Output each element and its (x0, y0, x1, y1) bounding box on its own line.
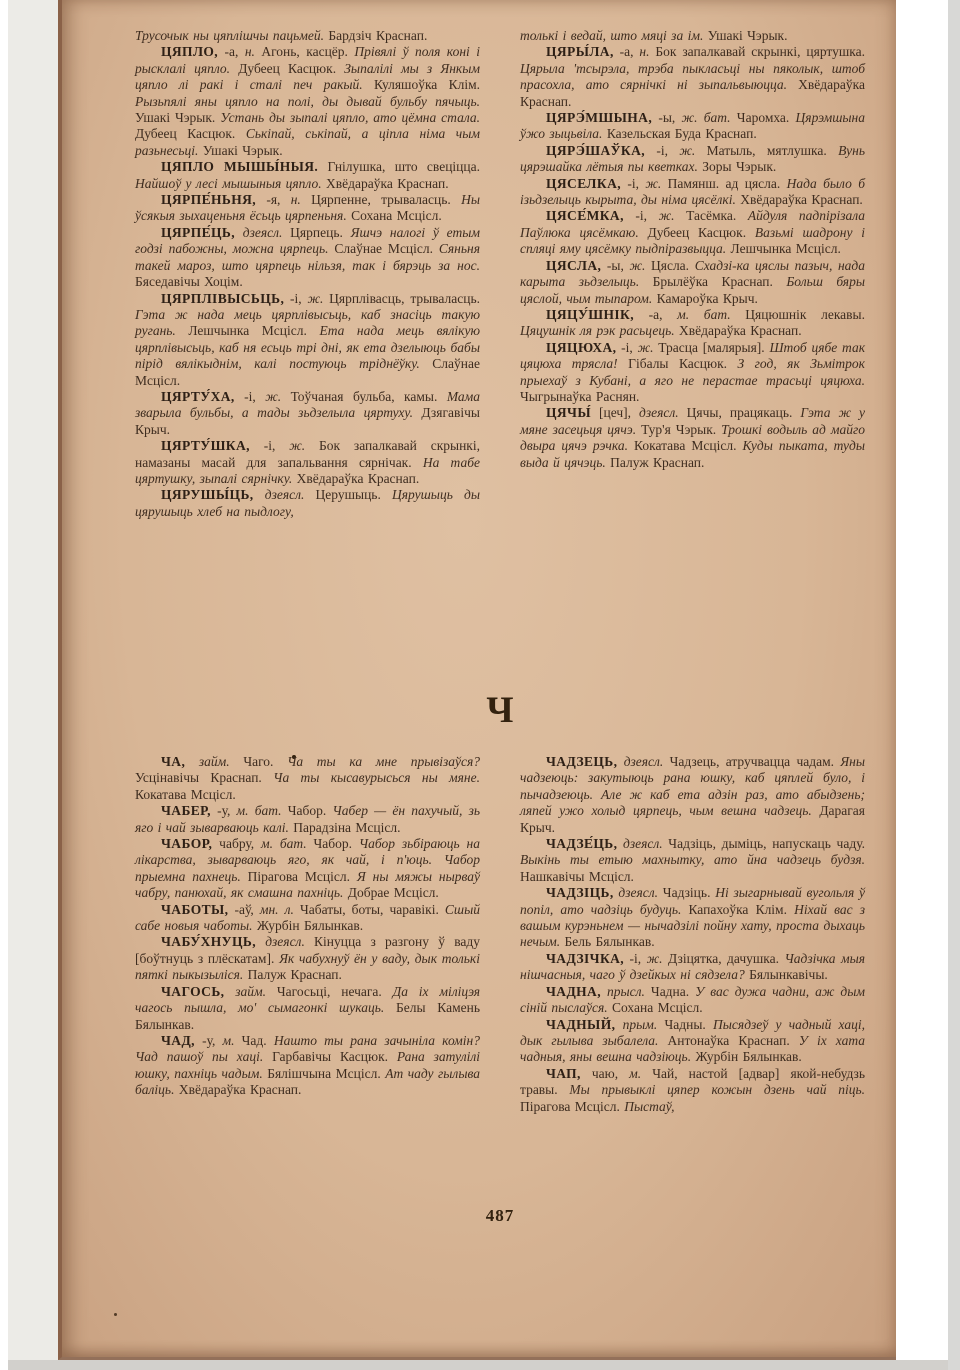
example-or-label: дзеясл. (254, 487, 305, 502)
example-or-label: Трусочык ны цяплішчы пацьмей. (135, 28, 328, 43)
dictionary-entry: ЧА, займ. Чаго. Ча ты ка мне прывізаўся?… (135, 754, 480, 803)
definition-text: -аў, (228, 902, 259, 917)
example-or-label: дзеясл. (235, 225, 282, 240)
example-or-label: м. бат. (261, 836, 307, 851)
scanner-margin-bottom (8, 1360, 948, 1370)
ink-speck (114, 1313, 117, 1316)
dictionary-entry: ЧАДЗІЦЬ, дзеясл. Чадзіць. Ні зыгарнывай … (520, 885, 865, 951)
definition-text: Цячы, працякаць. (679, 405, 801, 420)
definition-text: Чабор. (282, 803, 333, 818)
dictionary-entry: ЦЯРПЕ́НЬНЯ, -я, н. Цярпенне, трываласць.… (135, 192, 480, 225)
definition-text: Усцінавічы Краснап. (135, 770, 273, 785)
headword: ЦЯРПЕ́ЦЬ, (161, 225, 235, 240)
example-or-label: м. (629, 1066, 641, 1081)
dictionary-entry: ЦЯРТУ́ШКА, -і, ж. Бок запалкавай скрынкі… (135, 438, 480, 487)
headword: ЦЯРТУ́ШКА, (161, 438, 250, 453)
definition-text: Ушакі Чэрык. (203, 143, 283, 158)
example-or-label: Цяцушнік ля рэк расьцець. (520, 323, 679, 338)
dictionary-entry: Трусочык ны цяплішчы пацьмей. Бардзіч Кр… (135, 28, 480, 44)
dictionary-entry: ЦЯРТУ́ХА, -і, ж. Тоўчаная бульба, камы. … (135, 389, 480, 438)
definition-text: Чыгрынаўка Раснян. (520, 389, 639, 404)
definition-text: -у, (211, 803, 237, 818)
headword: ЦЯРЫ́ЛА, (546, 44, 614, 59)
dictionary-entry: ЦЯЦЮХА, -і, ж. Трасца [малярыя]. Штоб ця… (520, 340, 865, 406)
definition-text: Ушакі Чэрык. (708, 28, 788, 43)
example-or-label: дзеясл. (639, 405, 679, 420)
definition-text: Пірагова Мсцісл. (520, 1099, 624, 1114)
section-letter-header: Ч (135, 692, 865, 729)
example-or-label: дзеясл. (256, 934, 305, 949)
headword: ЧАБЕР, (161, 803, 211, 818)
example-or-label: дзеясл. (617, 754, 663, 769)
definition-text: Куляшоўка Клім. (374, 77, 480, 92)
dictionary-entry: ЧАДЗІЧКА, -і, ж. Дзіцятка, дачушка. Чадз… (520, 951, 865, 984)
example-or-label: Ча ты кысавурысься ны мяне. (273, 770, 480, 785)
definition-text: Палуж Краснап. (610, 455, 704, 470)
headword: ЧАБОР, (161, 836, 212, 851)
definition-text: Брылёўка Краснап. (653, 274, 787, 289)
dictionary-entry: ЧАБОТЫ, -аў, мн. л. Чабаты, боты, чараві… (135, 902, 480, 935)
definition-text: Пірагова Мсцісл. (248, 869, 357, 884)
definition-text: Хвёдараўка Краснап. (679, 323, 802, 338)
definition-text: -і, (284, 291, 307, 306)
headword: ЧАГОСЬ, (161, 984, 224, 999)
example-or-label: толькі і ведай, што мяці за ім. (520, 28, 708, 43)
headword: ЦЯРТУ́ХА, (161, 389, 235, 404)
dictionary-entry: ЦЯЦУ́ШНІК, -а, м. бат. Цяцюшнік лекавы. … (520, 307, 865, 340)
example-or-label: м. бат. (237, 803, 282, 818)
example-or-label: н. (291, 192, 301, 207)
headword: ЦЯЧЫ́ (546, 405, 591, 420)
headword: ЦЯСЕЛКА, (546, 176, 621, 191)
definition-text: -я, (256, 192, 291, 207)
dictionary-entry: ЦЯРУШЫ́ЦЬ, дзеясл. Церушыць. Цярушыць ды… (135, 487, 480, 520)
dictionary-entry: ЧАДЗЕ́ЦЬ, дзеясл. Чадзіць, дыміць, напус… (520, 836, 865, 885)
example-or-label: Ча ты ка мне прывізаўся? (287, 754, 480, 769)
dictionary-entry: ЦЯРЫ́ЛА, -а, н. Бок запалкавай скрынкі, … (520, 44, 865, 110)
definition-text: Казельская Буда Краснап. (607, 126, 757, 141)
dictionary-entry: ЧАДЗЕЦЬ, дзеясл. Чадзець, атручвацца чад… (520, 754, 865, 836)
example-or-label: ж. (647, 951, 663, 966)
definition-text: Дубеец Касцюк. (648, 225, 755, 240)
dictionary-entry: ЦЯСЕЛКА, -і, ж. Памянш. ад цясла. Нада б… (520, 176, 865, 209)
dictionary-entry: ЦЯРЭ́ШАЎКА, -і, ж. Матыль, мятлушка. Вун… (520, 143, 865, 176)
dictionary-entry: ЦЯСЛА, -ы, ж. Цясла. Схадзі-ка цяслы паз… (520, 258, 865, 307)
headword: ЧА, (161, 754, 185, 769)
definition-text: Чад. (235, 1033, 274, 1048)
example-or-label: ж. (265, 389, 281, 404)
example-or-label: ж. (679, 143, 695, 158)
example-or-label: ж. (307, 291, 323, 306)
definition-text: Палуж Краснап. (248, 967, 342, 982)
example-or-label: н. (639, 44, 649, 59)
example-or-label: Выкінь ты етыю махнытку, ато йна чадзець… (520, 852, 865, 867)
definition-text: Матыль, мятлушка. (695, 143, 838, 158)
example-or-label: м. (223, 1033, 235, 1048)
definition-text: Церушыць. (304, 487, 392, 502)
example-or-label: прысл. (601, 984, 645, 999)
definition-text: -ы, (601, 258, 629, 273)
headword: ЦЯПЛО МЫШЫ́НЫЯ. (161, 159, 318, 174)
definition-text: Чабор. (307, 836, 359, 851)
definition-text: Гнілушка, што свеціцца. (318, 159, 480, 174)
definition-text: Чадны. (657, 1017, 713, 1032)
definition-text: Журбін Бялынкав. (695, 1049, 801, 1064)
example-or-label: ж. (629, 258, 645, 273)
definition-text: Бяседавічы Хоцім. (135, 274, 243, 289)
dictionary-entry: ЧАП, чаю, м. Чай, настой [адвар] якой-не… (520, 1066, 865, 1115)
definition-text: -і, (624, 208, 659, 223)
definition-text: Бялішчына Мсцісл. (267, 1066, 385, 1081)
headword: ЦЯЦЮХА, (546, 340, 616, 355)
definition-text: Тасёмка. (675, 208, 748, 223)
definition-text: Нашкавічы Мсцісл. (520, 869, 634, 884)
dictionary-entry: ЧАД, -у, м. Чад. Нашто ты рана зачыніла … (135, 1033, 480, 1099)
headword: ЧАП, (546, 1066, 581, 1081)
text-column-bottom-left: ЧА, займ. Чаго. Ча ты ка мне прывізаўся?… (135, 754, 480, 1115)
example-or-label: н. (245, 44, 255, 59)
definition-text: Слаўнае Мсцісл. (334, 241, 439, 256)
definition-text: Цясла. (645, 258, 694, 273)
definition-text: Чагосьці, нечага. (266, 984, 393, 999)
headword: ЧАДНЫЙ, (546, 1017, 615, 1032)
example-or-label: займ. (224, 984, 266, 999)
dictionary-entry: ЧАГОСЬ, займ. Чагосьці, нечага. Да іх мі… (135, 984, 480, 1033)
definition-text: Чаромха. (731, 110, 796, 125)
definition-text: Гібалы Касцюк. (628, 356, 737, 371)
definition-text: Хвёдараўка Краснап. (740, 192, 863, 207)
headword: ЦЯРПЕ́НЬНЯ, (161, 192, 256, 207)
definition-text: Дзіцятка, дачушка. (663, 951, 785, 966)
definition-text: Чадзець, атручвацца чадам. (663, 754, 840, 769)
dictionary-entry: ЧАБЕР, -у, м. бат. Чабор. Чабер — ён пах… (135, 803, 480, 836)
definition-text: Дубеец Касцюк. (238, 61, 344, 76)
example-or-label: Мы прывыклі цяпер кожын дзень чай піць. (569, 1082, 865, 1097)
headword: ЦЯПЛО, (161, 44, 218, 59)
definition-text: -і, (645, 143, 679, 158)
example-or-label: ж. (289, 438, 305, 453)
headword: ЦЯСЕ́МКА, (546, 208, 624, 223)
headword: ЦЯРЭ́ШАЎКА, (546, 143, 645, 158)
example-or-label: дзеясл. (617, 836, 662, 851)
example-or-label: займ. (185, 754, 229, 769)
dictionary-entry: ЦЯСЕ́МКА, -і, ж. Тасёмка. Айдуля падпірі… (520, 208, 865, 257)
example-or-label: ж. (645, 176, 661, 191)
definition-text: Парадзіна Мсцісл. (293, 820, 400, 835)
example-or-label: мн. л. (260, 902, 294, 917)
headword: ЧАДЗІЧКА, (546, 951, 624, 966)
definition-text: чабру, (212, 836, 261, 851)
definition-text: Чадна. (645, 984, 695, 999)
section-letter-c: Трусочык ны цяплішчы пацьмей. Бардзіч Кр… (135, 28, 865, 520)
definition-text: Хвёдараўка Краснап. (297, 471, 420, 486)
headword: ЧАБУ́ХНУЦЬ, (161, 934, 256, 949)
example-or-label: дзеясл. (614, 885, 658, 900)
definition-text: -а, (634, 307, 677, 322)
dictionary-entry: ЦЯЧЫ́ [цеч], дзеясл. Цячы, працякаць. Гэ… (520, 405, 865, 471)
example-or-label: ж. (638, 340, 654, 355)
definition-text: Агонь, касцёр. (255, 44, 354, 59)
definition-text: Кокатава Мсцісл. (135, 787, 236, 802)
definition-text: Антонаўка Краснап. (667, 1033, 798, 1048)
definition-text: [цеч], (591, 405, 639, 420)
dictionary-entry: ЧАДНЫЙ, прым. Чадны. Пысядзеў у чадный х… (520, 1017, 865, 1066)
definition-text: Чадзіць. (658, 885, 715, 900)
text-column-top-right: толькі і ведай, што мяці за ім. Ушакі Чэ… (520, 28, 865, 520)
text-column-top-left: Трусочык ны цяплішчы пацьмей. Бардзіч Кр… (135, 28, 480, 520)
definition-text: Цярпець. (282, 225, 350, 240)
definition-text: Чаго. (230, 754, 287, 769)
dictionary-entry: толькі і ведай, што мяці за ім. Ушакі Чэ… (520, 28, 865, 44)
headword: ЧАД, (161, 1033, 195, 1048)
example-or-label: Устань ды зыпалі цяпло, ато цёмна стала. (220, 110, 480, 125)
headword: ЧАДЗЕ́ЦЬ, (546, 836, 617, 851)
headword: ЧАДНА, (546, 984, 601, 999)
dictionary-entry: ЦЯПЛО, -а, н. Агонь, касцёр. Прівялі ў п… (135, 44, 480, 159)
dictionary-entry: ЦЯРПЕ́ЦЬ, дзеясл. Цярпець. Яшчэ налогі ў… (135, 225, 480, 291)
headword: ЧАБОТЫ, (161, 902, 228, 917)
definition-text: Лешчынка Мсцісл. (731, 241, 841, 256)
definition-text: Бялынкавічы. (749, 967, 828, 982)
definition-text: Сохана Мсцісл. (351, 208, 442, 223)
definition-text: Трасца [малярыя]. (654, 340, 770, 355)
dictionary-entry: ЧАБУ́ХНУЦЬ, дзеясл. Кінуцца з разгону ў … (135, 934, 480, 983)
page-number: 487 (135, 1206, 865, 1226)
definition-text: -а, (614, 44, 640, 59)
dictionary-entry: ЦЯРЭ́МШЫНА, -ы, ж. бат. Чаромха. Цярэмшы… (520, 110, 865, 143)
definition-text: -у, (195, 1033, 223, 1048)
example-or-label: Пыстаў, (624, 1099, 674, 1114)
headword: ЦЯРЭ́МШЫНА, (546, 110, 652, 125)
dictionary-entry: ЧАДНА, прысл. Чадна. У вас дужа чадни, а… (520, 984, 865, 1017)
scanner-margin-left (8, 0, 58, 1370)
definition-text: -і, (235, 389, 266, 404)
definition-text: -і, (621, 176, 645, 191)
headword: ЧАДЗІЦЬ, (546, 885, 614, 900)
definition-text: Ушакі Чэрык. (135, 110, 220, 125)
definition-text: -і, (616, 340, 637, 355)
section-letter-ch: ЧА, займ. Чаго. Ча ты ка мне прывізаўся?… (135, 754, 865, 1115)
example-or-label: Рызьпялі яны цяпло на полі, ды дывай бул… (135, 94, 480, 109)
example-or-label: ж. (659, 208, 675, 223)
example-or-label: Найшоў у лесі мышыныя цяпло. (135, 176, 326, 191)
dictionary-entry: ЧАБОР, чабру, м. бат. Чабор. Чабор зьбір… (135, 836, 480, 902)
example-or-label: прым. (615, 1017, 657, 1032)
definition-text: Лешчынка Мсцісл. (188, 323, 319, 338)
definition-text: Тур'я Чэрык. (641, 422, 721, 437)
definition-text: Бок запалкавай скрынкі, цяртушка. (649, 44, 865, 59)
scanner-margin-right (948, 0, 960, 1370)
definition-text: Тоўчаная бульба, камы. (281, 389, 447, 404)
dictionary-entry: ЦЯРПЛІВЫСЬЦЬ, -і, ж. Цярплівасць, трывал… (135, 291, 480, 389)
definition-text: -ы, (652, 110, 681, 125)
definition-text: Камароўка Крыч. (657, 291, 758, 306)
definition-text: Хвёдараўка Краснап. (179, 1082, 302, 1097)
definition-text: Цяцюшнік лекавы. (731, 307, 865, 322)
definition-text: Чадзіць, дыміць, напускаць чаду. (663, 836, 865, 851)
example-or-label: ж. бат. (682, 110, 731, 125)
scanned-page: Трусочык ны цяплішчы пацьмей. Бардзіч Кр… (58, 0, 896, 1360)
example-or-label: м. бат. (677, 307, 730, 322)
definition-text: Цярпенне, трываласць. (301, 192, 461, 207)
definition-text: Зоры Чэрык. (702, 159, 776, 174)
headword: ЦЯЦУ́ШНІК, (546, 307, 634, 322)
definition-text: Бель Бялынкав. (564, 934, 654, 949)
definition-text: Капахоўка Клім. (688, 902, 794, 917)
text-column-bottom-right: ЧАДЗЕЦЬ, дзеясл. Чадзець, атручвацца чад… (520, 754, 865, 1115)
headword: ЦЯРУШЫ́ЦЬ, (161, 487, 254, 502)
headword: ЧАДЗЕЦЬ, (546, 754, 617, 769)
definition-text: Хвёдараўка Краснап. (326, 176, 449, 191)
headword: ЦЯРПЛІВЫСЬЦЬ, (161, 291, 284, 306)
definition-text: Памянш. ад цясла. (661, 176, 786, 191)
definition-text: Дубеец Касцюк. (135, 126, 246, 141)
definition-text: Бардзіч Краснап. (328, 28, 427, 43)
definition-text: Чабаты, боты, чаравікі. (294, 902, 445, 917)
definition-text: -і, (250, 438, 289, 453)
definition-text: -і, (624, 951, 646, 966)
definition-text: Цярплівасць, трываласць. (323, 291, 480, 306)
definition-text: Сохана Мсцісл. (612, 1000, 703, 1015)
definition-text: Кокатава Мсцісл. (634, 438, 743, 453)
definition-text: Добрае Мсцісл. (348, 885, 439, 900)
definition-text: Журбін Бялынкав. (257, 918, 363, 933)
dictionary-entry: ЦЯПЛО МЫШЫ́НЫЯ. Гнілушка, што свеціцца. … (135, 159, 480, 192)
definition-text: чаю, (581, 1066, 629, 1081)
definition-text: Гарбавічы Касцюк. (272, 1049, 397, 1064)
definition-text: -а, (218, 44, 245, 59)
headword: ЦЯСЛА, (546, 258, 601, 273)
